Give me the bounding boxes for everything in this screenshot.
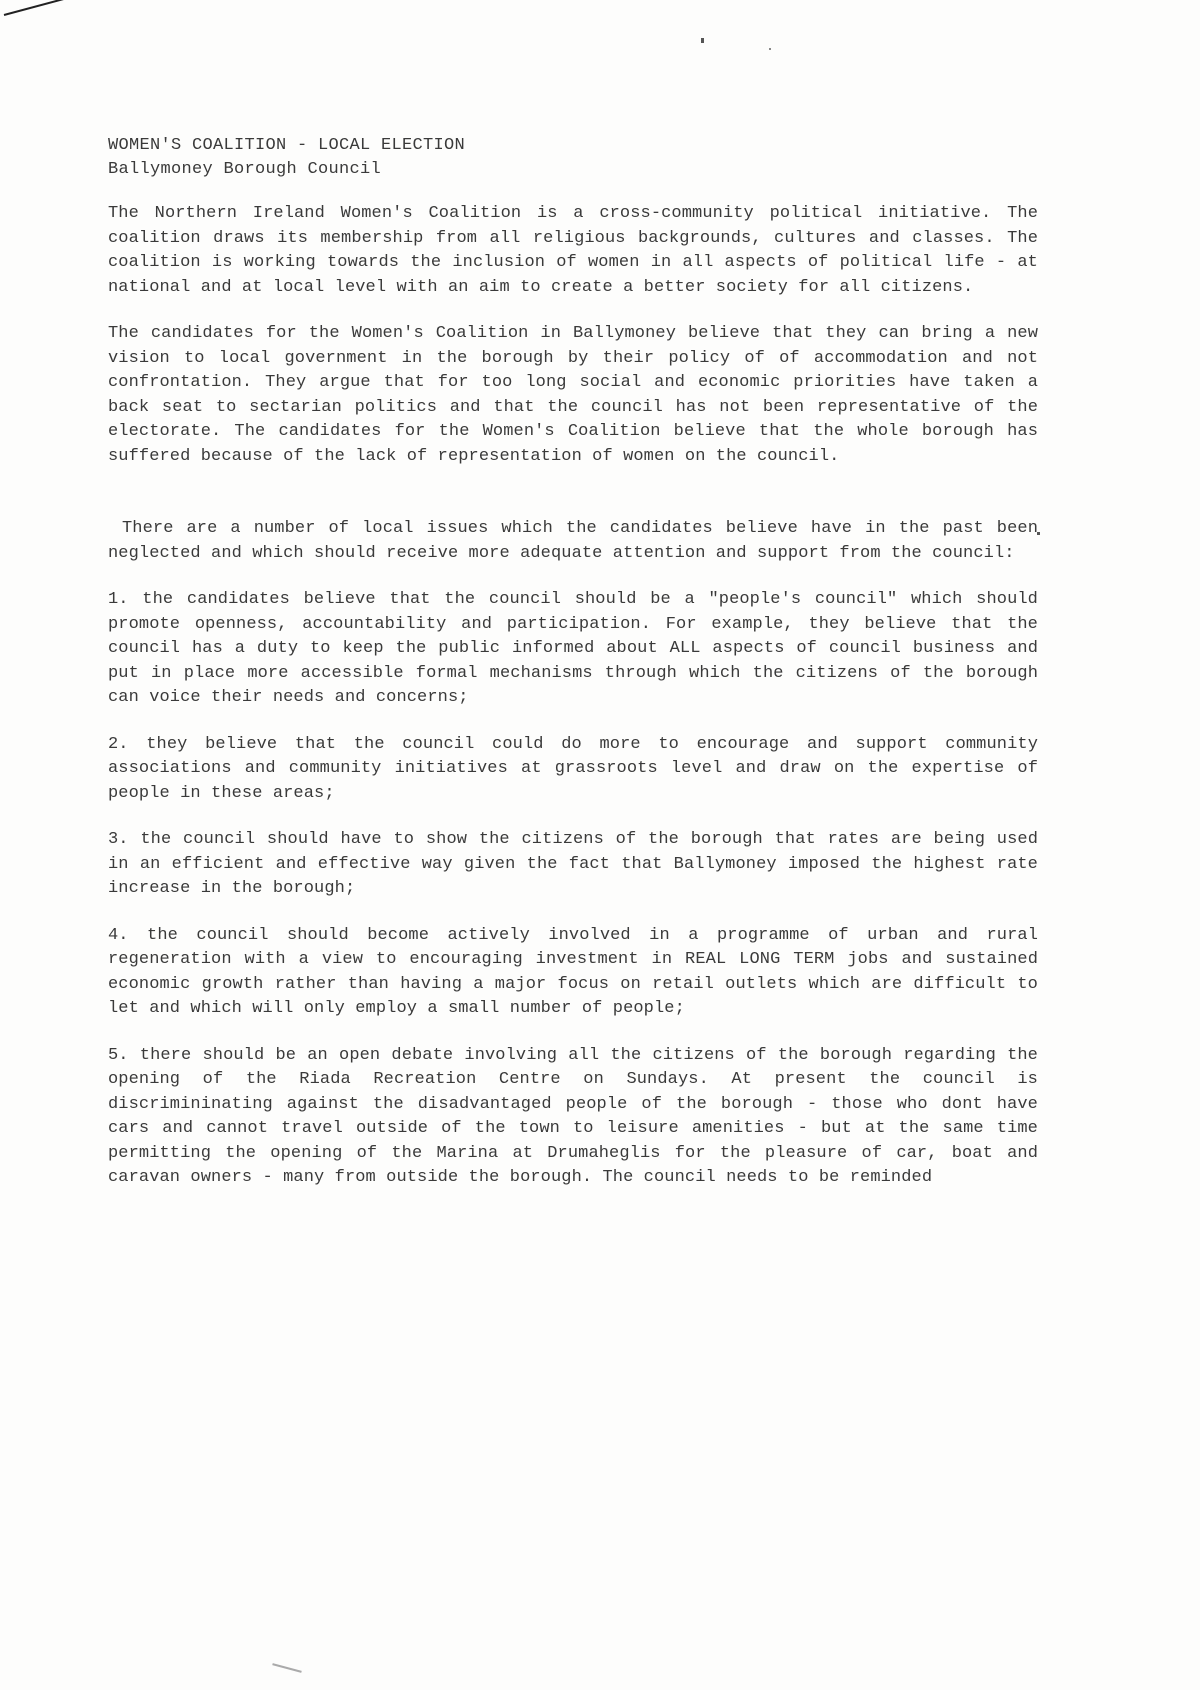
pen-mark [4, 0, 74, 16]
pen-mark [272, 1663, 301, 1673]
issue-item: 3. the council should have to show the c… [108, 828, 1038, 902]
candidates-paragraph: The candidates for the Women's Coalition… [108, 322, 1038, 469]
issue-item: 4. the council should become actively in… [108, 924, 1038, 1022]
issue-item: 2. they believe that the council could d… [108, 733, 1038, 807]
document-subtitle: Ballymoney Borough Council [108, 158, 1038, 182]
scanned-page: WOMEN'S COALITION - LOCAL ELECTION Bally… [0, 0, 1200, 1690]
issue-item: 1. the candidates believe that the counc… [108, 588, 1038, 711]
intro-paragraph: The Northern Ireland Women's Coalition i… [108, 202, 1038, 300]
document-title: WOMEN'S COALITION - LOCAL ELECTION [108, 134, 1038, 158]
scan-speck [769, 48, 771, 50]
document-body: WOMEN'S COALITION - LOCAL ELECTION Bally… [108, 134, 1038, 1213]
issue-item: 5. there should be an open debate involv… [108, 1044, 1038, 1191]
issues-intro-paragraph: There are a number of local issues which… [108, 517, 1038, 566]
scan-speck [701, 38, 704, 43]
